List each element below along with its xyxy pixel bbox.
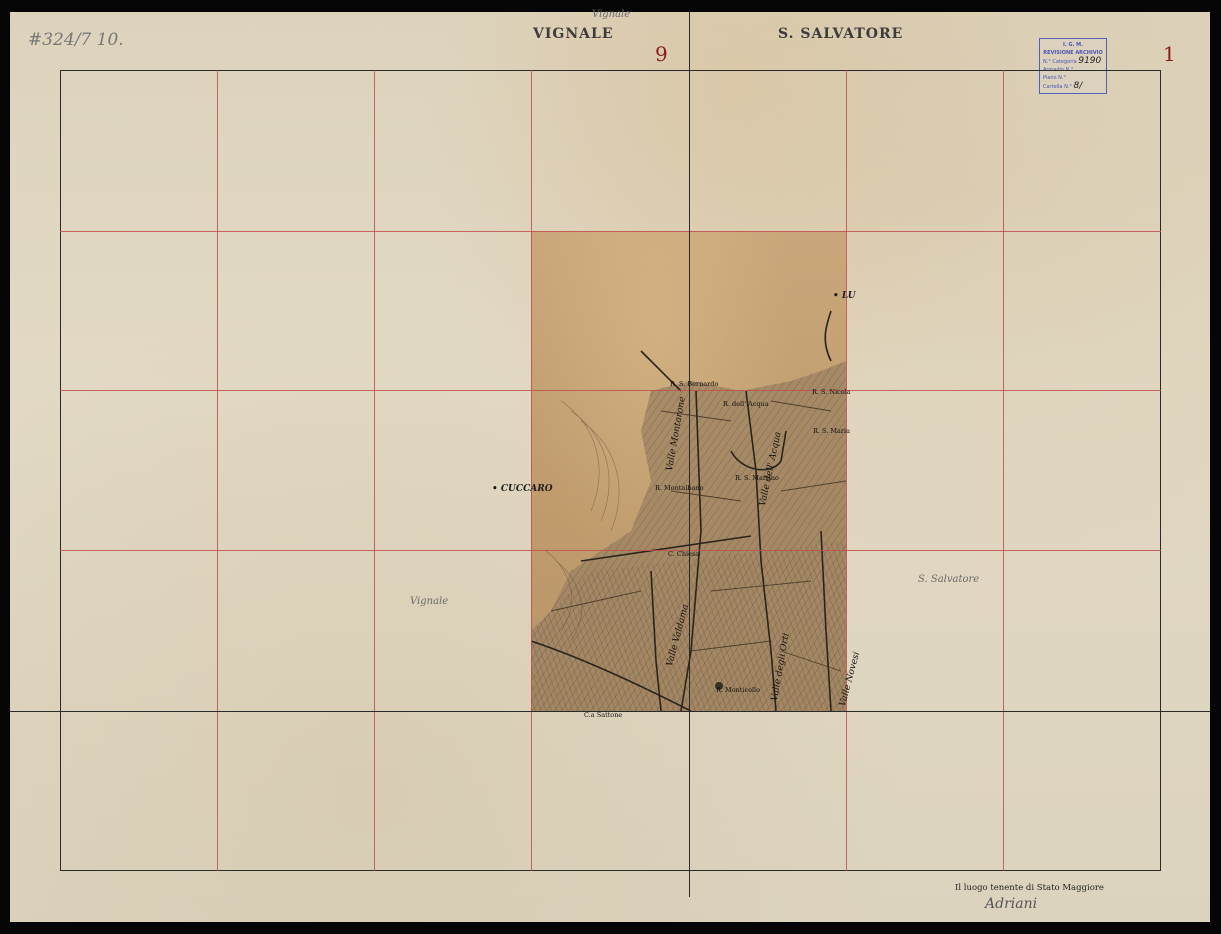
label-montalbano: R. Montalbano: [655, 484, 703, 492]
label-dell-acqua: R. dell' Acqua: [723, 400, 769, 408]
map-frame: [60, 70, 1161, 871]
grid-row-1: [60, 231, 1161, 232]
header-left-title: VIGNALE: [533, 26, 614, 42]
label-s-nicola: R. S. Nicola: [812, 388, 851, 396]
grid-col-1: [217, 70, 218, 871]
pencil-note-vignale: Vignale: [410, 596, 448, 607]
footer-officer-note: Il luogo tenente di Stato Maggiore: [955, 883, 1104, 893]
place-lu: • LU: [833, 291, 856, 301]
header-left-pencil-note: Vignale: [592, 9, 630, 20]
grid-col-2: [374, 70, 375, 871]
label-s-bernardo: R. S. Bernardo: [670, 380, 718, 388]
stamp-categoria: N.° Categoria 9190: [1043, 57, 1103, 66]
label-ca-chiesa: C. Chiesa: [668, 550, 699, 558]
label-cascina-bottom: C.a Sattone: [584, 711, 622, 719]
sheet-number-right: 1: [1163, 42, 1176, 66]
grid-row-3: [60, 550, 1161, 551]
grid-col-6: [1003, 70, 1004, 871]
stamp-line1: I. G. M.: [1043, 41, 1103, 49]
label-monticello: R. Monticello: [716, 686, 760, 694]
corner-archive-note: #324/7 10.: [28, 30, 124, 50]
label-s-maria: R. S. Maria: [813, 427, 850, 435]
grid-col-3: [531, 70, 532, 871]
sheet-divider-vertical: [689, 12, 690, 897]
sheet-number-center: 9: [655, 42, 668, 66]
grid-col-5: [846, 70, 847, 871]
header-right-title: S. SALVATORE: [778, 26, 903, 42]
place-cuccaro: • CUCCARO: [492, 484, 553, 494]
pencil-note-salvatore: S. Salvatore: [918, 574, 979, 585]
grid-row-2: [60, 390, 1161, 391]
officer-signature: Adriani: [985, 896, 1037, 912]
